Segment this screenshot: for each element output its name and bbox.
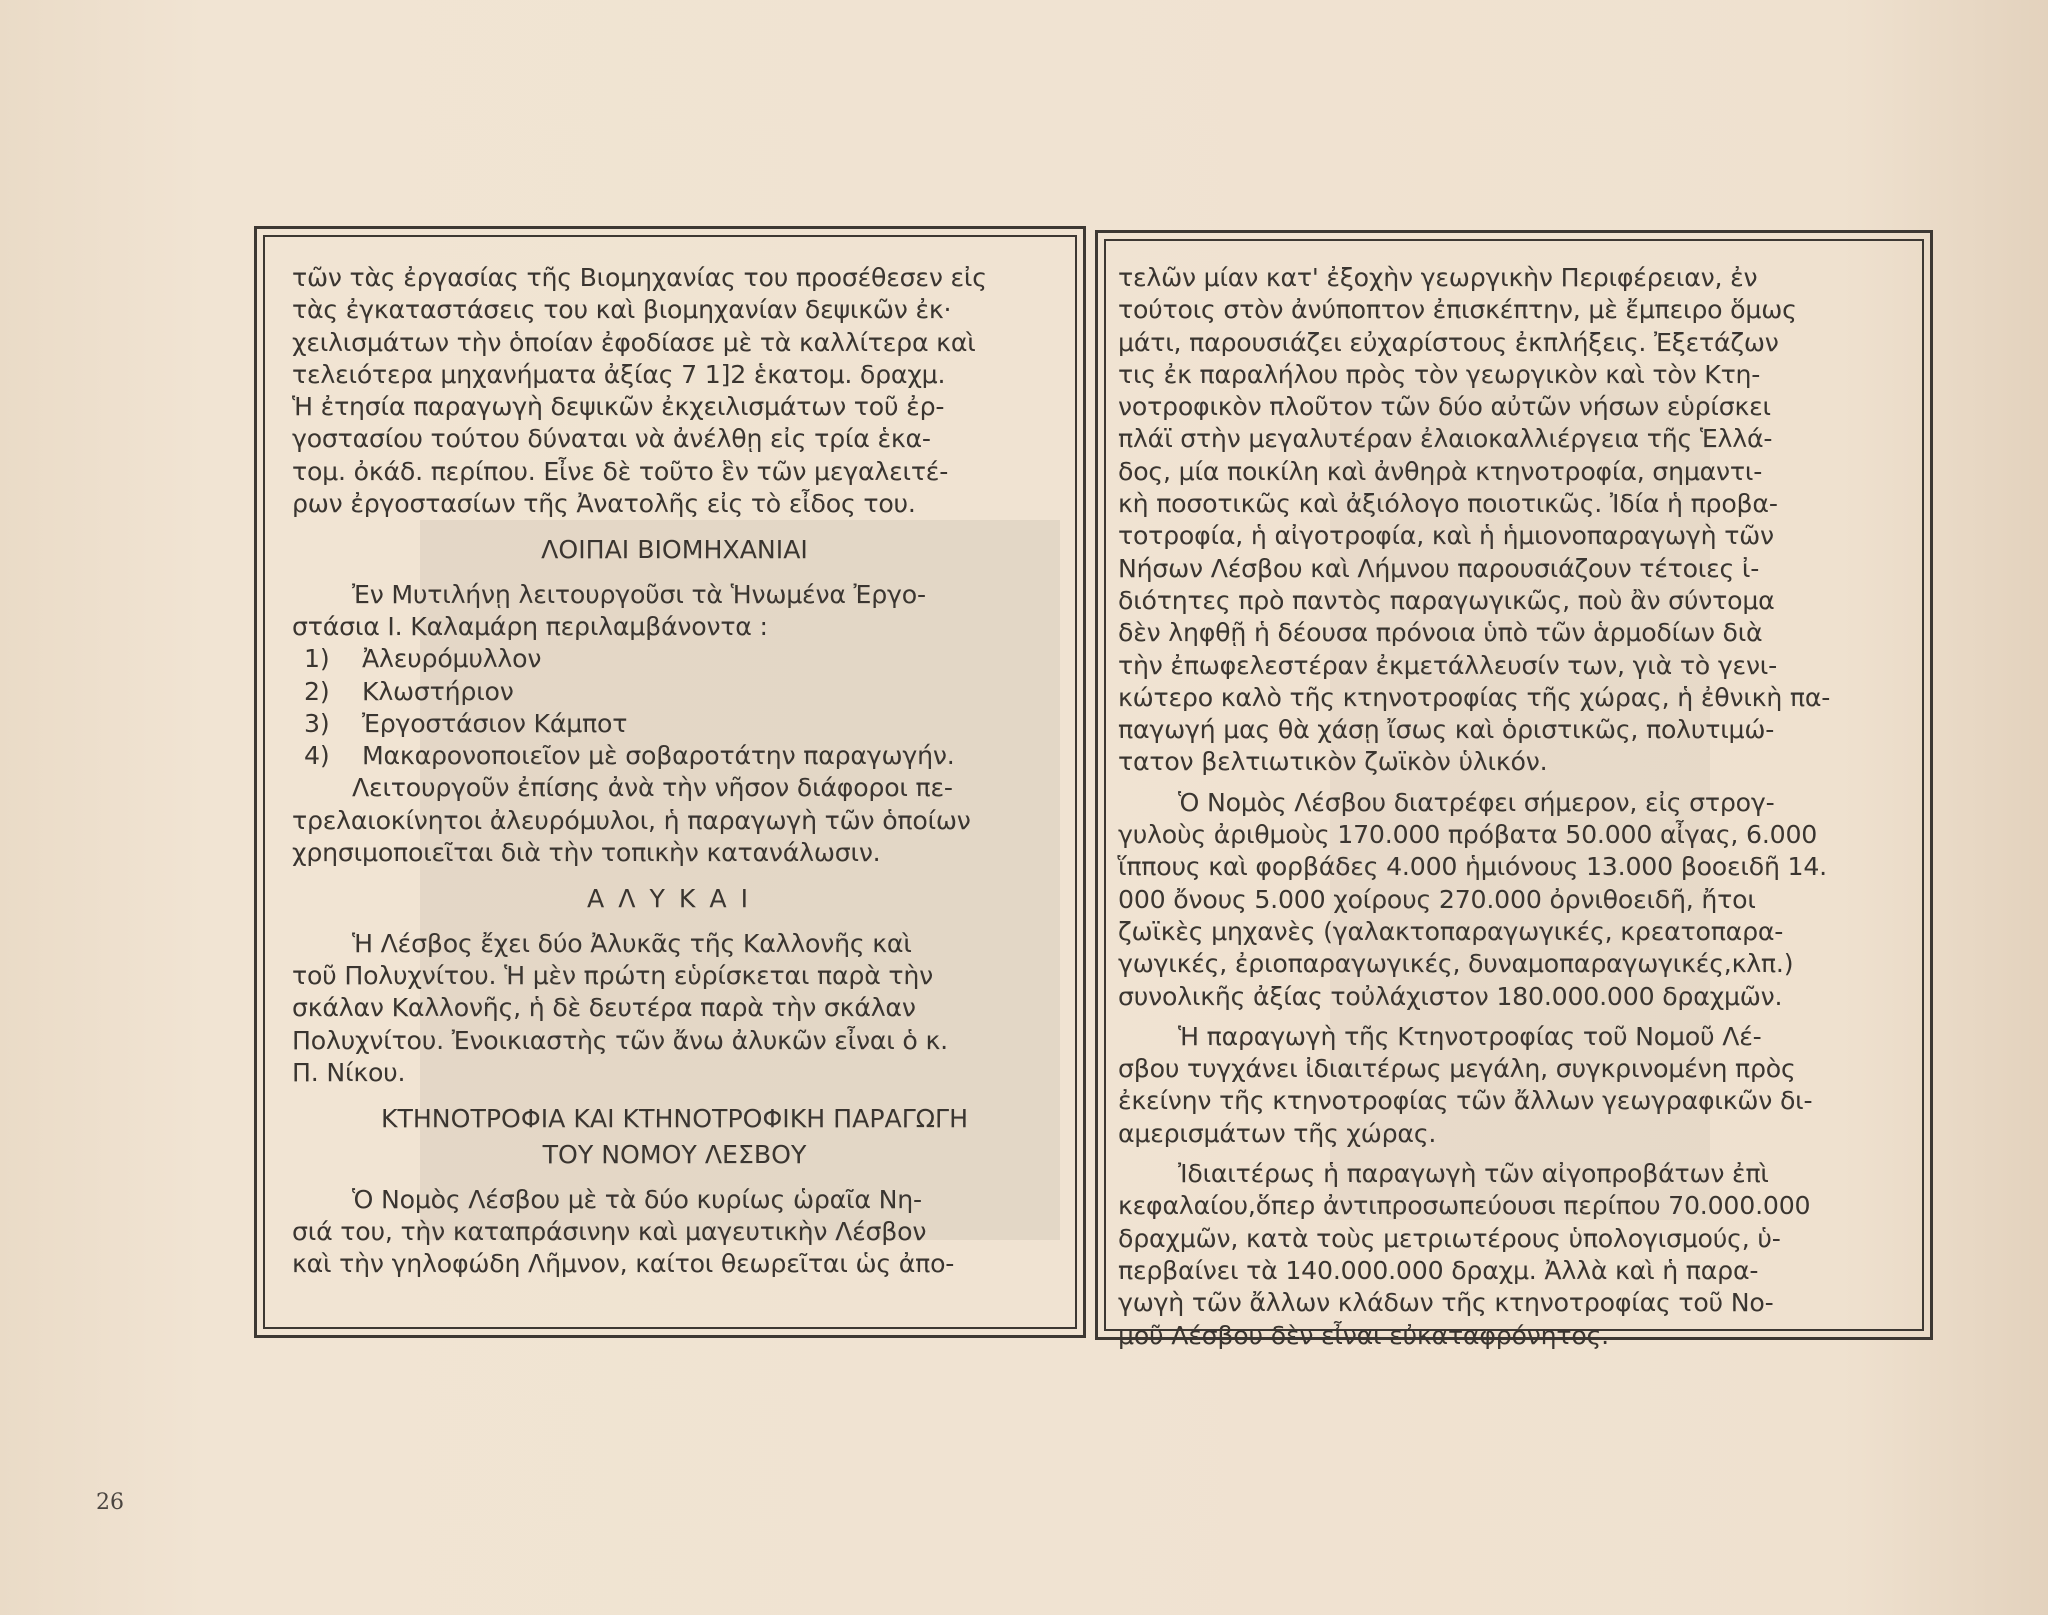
text-line: Ἰδιαιτέρως ἡ παραγωγὴ τῶν αἰγοπροβάτων ἐ… xyxy=(1118,1158,1908,1190)
list-item: 3)Ἐργοστάσιον Κάμποτ xyxy=(292,708,1057,740)
text-line: τῶν τὰς ἐργασίας τῆς Βιομηχανίας του προ… xyxy=(292,262,1057,294)
section-heading-livestock-sub: ΤΟΥ ΝΟΜΟΥ ΛΕΣΒΟΥ xyxy=(292,1139,1057,1171)
text-line: ζωϊκὲς μηχανὲς (γαλακτοπαραγωγικές, κρεα… xyxy=(1118,916,1908,948)
text-line: ἐκείνην τῆς κτηνοτροφίας τῶν ἄλλων γεωγρ… xyxy=(1118,1085,1908,1117)
text-line: τοτροφία, ἡ αἰγοτροφία, καὶ ἡ ἡμιονοπαρα… xyxy=(1118,520,1908,552)
paragraph-livestock-counts: Ὁ Νομὸς Λέσβου διατρέφει σήμερον, εἰς στ… xyxy=(1118,787,1908,1013)
text-line: δος, μία ποικίλη καὶ ἀνθηρὰ κτηνοτροφία,… xyxy=(1118,456,1908,488)
text-line: Ἡ ἐτησία παραγωγὴ δεψικῶν ἐκχειλισμάτων … xyxy=(292,391,1057,423)
paragraph-goat-sheep-production: Ἰδιαιτέρως ἡ παραγωγὴ τῶν αἰγοπροβάτων ἐ… xyxy=(1118,1158,1908,1352)
text-line: τατον βελτιωτικὸν ζωϊκὸν ὑλικόν. xyxy=(1118,746,1908,778)
text-line: ἵππους καὶ φορβάδες 4.000 ἡμιόνους 13.00… xyxy=(1118,851,1908,883)
text-line: σκάλαν Καλλονῆς, ἡ δὲ δευτέρα παρὰ τὴν σ… xyxy=(292,992,1057,1024)
text-line: ρων ἐργοστασίων τῆς Ἀνατολῆς εἰς τὸ εἶδο… xyxy=(292,488,1057,520)
text-line: κεφαλαίου,ὅπερ ἀντιπροσωπεύουσι περίπου … xyxy=(1118,1190,1908,1222)
list-text: Μακαρονοποιεῖον μὲ σοβαροτάτην παραγωγήν… xyxy=(362,741,955,770)
text-line: νοτροφικὸν πλοῦτον τῶν δύο αὐτῶν νήσων ε… xyxy=(1118,391,1908,423)
section-heading-other-industries: ΛΟΙΠΑΙ ΒΙΟΜΗΧΑΝΙΑΙ xyxy=(292,534,1057,566)
text-line: στάσια Ι. Καλαμάρη περιλαμβάνοντα : xyxy=(292,611,1057,643)
text-line: διότητες πρὸ παντὸς παραγωγικῶς, ποὺ ἂν … xyxy=(1118,585,1908,617)
text-line: σβου τυγχάνει ἰδιαιτέρως μεγάλη, συγκριν… xyxy=(1118,1053,1908,1085)
text-line: Ἡ παραγωγὴ τῆς Κτηνοτροφίας τοῦ Νομοῦ Λέ… xyxy=(1118,1021,1908,1053)
text-line: 000 ὄνους 5.000 χοίρους 270.000 ὀρνιθοει… xyxy=(1118,884,1908,916)
text-line: αμερισμάτων τῆς χώρας. xyxy=(1118,1118,1908,1150)
text-line: Λειτουργοῦν ἐπίσης ἀνὰ τὴν νῆσον διάφορο… xyxy=(292,772,1057,804)
list-number: 1) xyxy=(304,643,362,675)
text-line: Π. Νίκου. xyxy=(292,1057,1057,1089)
list-text: Ἐργοστάσιον Κάμποτ xyxy=(362,709,627,738)
list-number: 4) xyxy=(304,740,362,772)
text-line: τούτοις στὸν ἀνύποπτον ἐπισκέπτην, μὲ ἔμ… xyxy=(1118,294,1908,326)
text-line: δραχμῶν, κατὰ τοὺς μετριωτέρους ὑπολογισ… xyxy=(1118,1223,1908,1255)
text-line: συνολικῆς ἀξίας τοὐλάχιστον 180.000.000 … xyxy=(1118,981,1908,1013)
list-item: 2)Κλωστήριον xyxy=(292,676,1057,708)
page-number: 26 xyxy=(96,1490,124,1515)
text-line: γοστασίου τούτου δύναται νὰ ἀνέλθῃ εἰς τ… xyxy=(292,423,1057,455)
list-item: 4)Μακαρονοποιεῖον μὲ σοβαροτάτην παραγωγ… xyxy=(292,740,1057,772)
list-text: Κλωστήριον xyxy=(362,677,514,706)
text-line: τελειότερα μηχανήματα ἀξίας 7 1]2 ἑκατομ… xyxy=(292,359,1057,391)
paragraph-livestock-intro: Ὁ Νομὸς Λέσβου μὲ τὰ δύο κυρίως ὡραῖα Νη… xyxy=(292,1184,1057,1281)
text-line: τὴν ἐπωφελεστέραν ἐκμετάλλευσίν των, γιὰ… xyxy=(1118,650,1908,682)
right-column: τελῶν μίαν κατ' ἐξοχὴν γεωργικὴν Περιφέρ… xyxy=(1118,262,1908,1352)
text-line: χειλισμάτων τὴν ὁποίαν ἐφοδίασε μὲ τὰ κα… xyxy=(292,327,1057,359)
text-line: χρησιμοποιεῖται διὰ τὴν τοπικὴν κατανάλω… xyxy=(292,837,1057,869)
text-line: κώτερο καλὸ τῆς κτηνοτροφίας τῆς χώρας, … xyxy=(1118,682,1908,714)
section-heading-livestock: ΚΤΗΝΟΤΡΟΦΙΑ ΚΑΙ ΚΤΗΝΟΤΡΟΦΙΚΗ ΠΑΡΑΓΩΓΗ xyxy=(292,1103,1057,1135)
text-line: σιά του, τὴν καταπράσινην καὶ μαγευτικὴν… xyxy=(292,1216,1057,1248)
text-line: τρελαιοκίνητοι ἀλευρόμυλοι, ἡ παραγωγὴ τ… xyxy=(292,805,1057,837)
section-heading-saltworks: ΑΛΥΚΑΙ xyxy=(292,883,1057,915)
text-line: Ἡ Λέσβος ἔχει δύο Ἀλυκᾶς τῆς Καλλονῆς κα… xyxy=(292,928,1057,960)
list-item: 1)Ἀλευρόμυλλον xyxy=(292,643,1057,675)
text-line: τὰς ἐγκαταστάσεις του καὶ βιομηχανίαν δε… xyxy=(292,294,1057,326)
left-column: τῶν τὰς ἐργασίας τῆς Βιομηχανίας του προ… xyxy=(292,262,1057,1281)
text-line: γωγικές, ἐριοπαραγωγικές, δυναμοπαραγωγι… xyxy=(1118,948,1908,980)
text-line: Νήσων Λέσβου καὶ Λήμνου παρουσιάζουν τέτ… xyxy=(1118,553,1908,585)
list-number: 3) xyxy=(304,708,362,740)
text-line: κὴ ποσοτικῶς καὶ ἀξιόλογο ποιοτικῶς. Ἰδί… xyxy=(1118,488,1908,520)
paragraph-saltworks: Ἡ Λέσβος ἔχει δύο Ἀλυκᾶς τῆς Καλλονῆς κα… xyxy=(292,928,1057,1089)
text-line: Ὁ Νομὸς Λέσβου διατρέφει σήμερον, εἰς στ… xyxy=(1118,787,1908,819)
text-line: τομ. ὀκάδ. περίπου. Εἶνε δὲ τοῦτο ἓν τῶν… xyxy=(292,456,1057,488)
list-text: Ἀλευρόμυλλον xyxy=(362,644,541,673)
text-line: δὲν ληφθῇ ἡ δέουσα πρόνοια ὑπὸ τῶν ἁρμοδ… xyxy=(1118,617,1908,649)
text-line: παγωγή μας θὰ χάσῃ ἴσως καὶ ὁριστικῶς, π… xyxy=(1118,714,1908,746)
text-line: μοῦ Λέσβου δὲν εἶναι εὐκαταφρόνητος. xyxy=(1118,1320,1908,1352)
text-line: γυλοὺς ἀριθμοὺς 170.000 πρόβατα 50.000 α… xyxy=(1118,819,1908,851)
text-line: τις ἐκ παραλήλου πρὸς τὸν γεωργικὸν καὶ … xyxy=(1118,359,1908,391)
paragraph-production-comparison: Ἡ παραγωγὴ τῆς Κτηνοτροφίας τοῦ Νομοῦ Λέ… xyxy=(1118,1021,1908,1150)
text-line: Πολυχνίτου. Ἐνοικιαστὴς τῶν ἄνω ἀλυκῶν ε… xyxy=(292,1025,1057,1057)
text-line: γωγὴ τῶν ἄλλων κλάδων τῆς κτηνοτροφίας τ… xyxy=(1118,1287,1908,1319)
text-line: καὶ τὴν γηλοφώδη Λῆμνον, καίτοι θεωρεῖτα… xyxy=(292,1248,1057,1280)
text-line: περβαίνει τὰ 140.000.000 δραχμ. Ἀλλὰ καὶ… xyxy=(1118,1255,1908,1287)
list-number: 2) xyxy=(304,676,362,708)
paragraph-agricultural-region: τελῶν μίαν κατ' ἐξοχὴν γεωργικὴν Περιφέρ… xyxy=(1118,262,1908,779)
text-line: Ὁ Νομὸς Λέσβου μὲ τὰ δύο κυρίως ὡραῖα Νη… xyxy=(292,1184,1057,1216)
paragraph-factory: τῶν τὰς ἐργασίας τῆς Βιομηχανίας του προ… xyxy=(292,262,1057,520)
text-line: Ἐν Μυτιλήνῃ λειτουργοῦσι τὰ Ἡνωμένα Ἐργο… xyxy=(292,579,1057,611)
text-line: μάτι, παρουσιάζει εὐχαρίστους ἐκπλήξεις.… xyxy=(1118,327,1908,359)
text-line: τοῦ Πολυχνίτου. Ἡ μὲν πρώτη εὑρίσκεται π… xyxy=(292,960,1057,992)
paragraph-other-industries: Ἐν Μυτιλήνῃ λειτουργοῦσι τὰ Ἡνωμένα Ἐργο… xyxy=(292,579,1057,870)
text-line: τελῶν μίαν κατ' ἐξοχὴν γεωργικὴν Περιφέρ… xyxy=(1118,262,1908,294)
text-line: πλάϊ στὴν μεγαλυτέραν ἐλαιοκαλλιέργεια τ… xyxy=(1118,423,1908,455)
